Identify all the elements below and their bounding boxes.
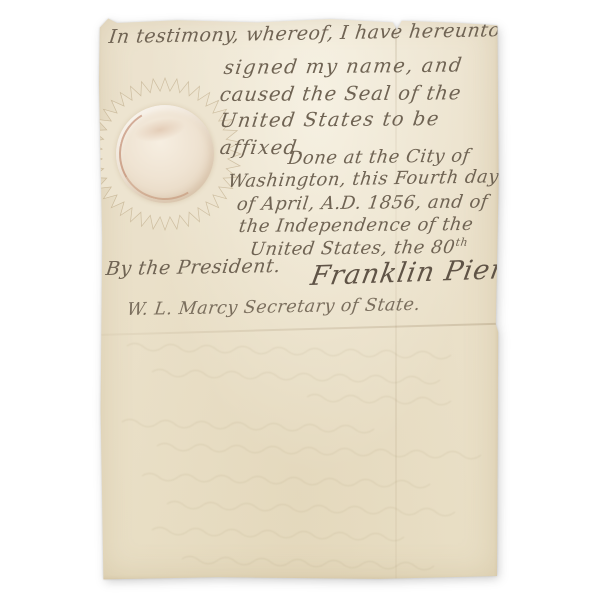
dateline-line-1: Done at the City of	[287, 145, 471, 169]
dateline-line-3: of April, A.D. 1856, and of	[236, 191, 490, 215]
attestation-line-4: United States to be	[218, 107, 441, 132]
dateline-line-4: the Independence of the	[238, 214, 475, 237]
photo-background: In testimony, whereof, I have hereunto s…	[0, 0, 600, 600]
document-paper-wrap: In testimony, whereof, I have hereunto s…	[97, 14, 499, 580]
attestation-line-2: signed my name, and	[223, 53, 465, 79]
paper-wafer-seal-icon	[116, 105, 214, 203]
dateline-ordinal-suffix: th	[455, 236, 469, 249]
attestation-line-3: caused the Seal of the	[218, 81, 463, 106]
by-the-president-line: By the President.	[105, 255, 282, 280]
document-paper: In testimony, whereof, I have hereunto s…	[97, 14, 499, 580]
